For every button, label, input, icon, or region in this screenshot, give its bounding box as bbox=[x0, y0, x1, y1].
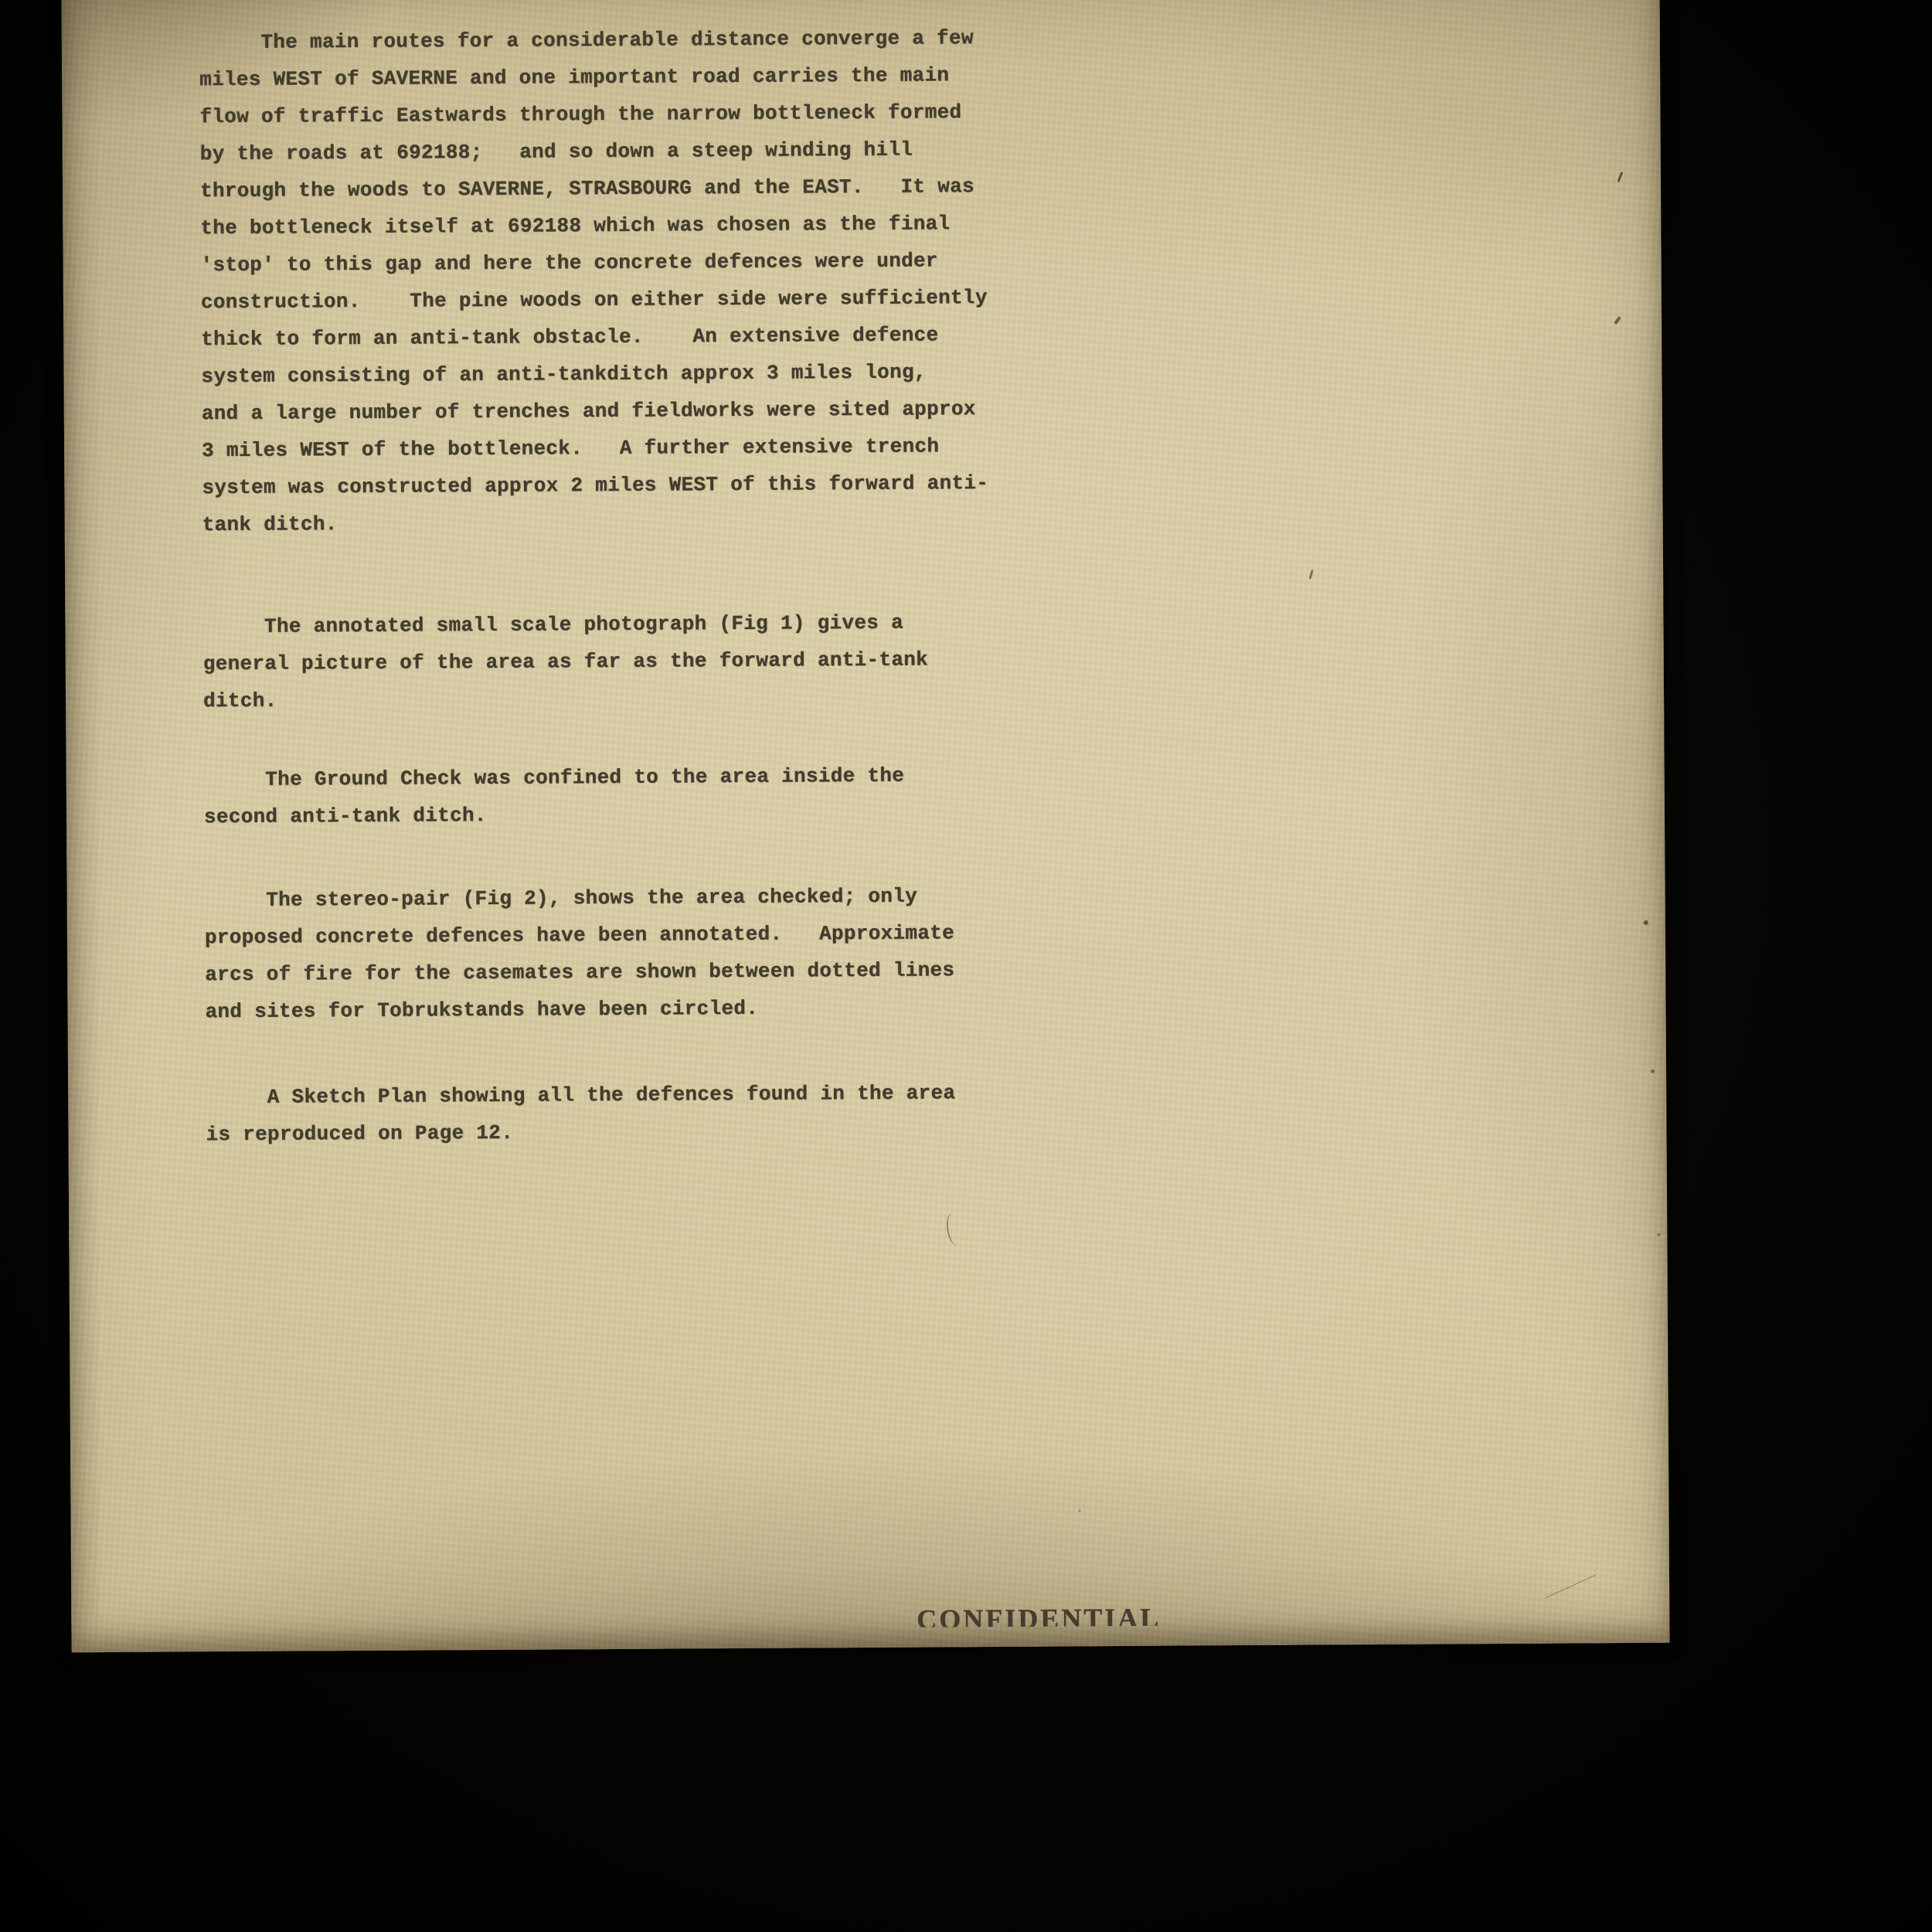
document-page: The main routes for a considerable dista… bbox=[61, 0, 1669, 1652]
text-line: general picture of the area as far as th… bbox=[203, 641, 929, 683]
text-line: and a large number of trenches and field… bbox=[202, 390, 988, 432]
text-line: through the woods to SAVERNE, STRASBOURG… bbox=[200, 168, 987, 209]
text-line: is reproduced on Page 12. bbox=[206, 1111, 955, 1153]
text-line: proposed concrete defences have been ann… bbox=[205, 914, 954, 956]
paragraph: The main routes for a considerable dista… bbox=[199, 19, 989, 543]
text-line: 'stop' to this gap and here the concrete… bbox=[200, 242, 987, 284]
ink-mark bbox=[1309, 570, 1314, 579]
text-line: miles WEST of SAVERNE and one important … bbox=[199, 56, 986, 98]
text-line: The main routes for a considerable dista… bbox=[199, 19, 986, 61]
text-line: 3 miles WEST of the bottleneck. A furthe… bbox=[202, 427, 988, 469]
paragraph: A Sketch Plan showing all the defences f… bbox=[206, 1074, 956, 1153]
text-line: flow of traffic Eastwards through the na… bbox=[199, 94, 986, 135]
text-line: The stereo-pair (Fig 2), shows the area … bbox=[205, 877, 954, 919]
photo-background: The main routes for a considerable dista… bbox=[0, 0, 1932, 1932]
text-line: system consisting of an anti-tankditch a… bbox=[201, 353, 988, 395]
ink-speck bbox=[1657, 1233, 1660, 1236]
text-line: ditch. bbox=[203, 679, 929, 720]
confidential-stamp: CONFIDENTIAL bbox=[907, 1604, 1170, 1628]
text-line: tank ditch. bbox=[202, 502, 989, 543]
paper-fibre bbox=[1545, 1575, 1596, 1599]
text-line: by the roads at 692188; and so down a st… bbox=[200, 131, 987, 172]
text-line: the bottleneck itself at 692188 which wa… bbox=[200, 205, 987, 247]
text-line: construction. The pine woods on either s… bbox=[201, 279, 988, 321]
ink-speck bbox=[1651, 1070, 1655, 1073]
text-line: system was constructed approx 2 miles WE… bbox=[202, 464, 988, 506]
text-line: A Sketch Plan showing all the defences f… bbox=[206, 1074, 955, 1116]
document-text: The main routes for a considerable dista… bbox=[199, 0, 1051, 1651]
ink-mark bbox=[1617, 172, 1623, 182]
paragraph: The stereo-pair (Fig 2), shows the area … bbox=[205, 877, 955, 1030]
text-line: arcs of fire for the casemates are shown… bbox=[205, 951, 954, 993]
ink-speck bbox=[1644, 920, 1648, 925]
ink-speck bbox=[1078, 1509, 1080, 1512]
text-line: thick to form an anti-tank obstacle. An … bbox=[201, 316, 988, 358]
text-line: The Ground Check was confined to the are… bbox=[204, 757, 905, 799]
text-line: The annotated small scale photograph (Fi… bbox=[202, 604, 928, 646]
text-line: second anti-tank ditch. bbox=[204, 794, 905, 836]
paragraph: The Ground Check was confined to the are… bbox=[204, 757, 905, 836]
paragraph: The annotated small scale photograph (Fi… bbox=[202, 604, 928, 720]
text-line: and sites for Tobrukstands have been cir… bbox=[205, 988, 954, 1030]
ink-mark bbox=[1614, 316, 1621, 325]
